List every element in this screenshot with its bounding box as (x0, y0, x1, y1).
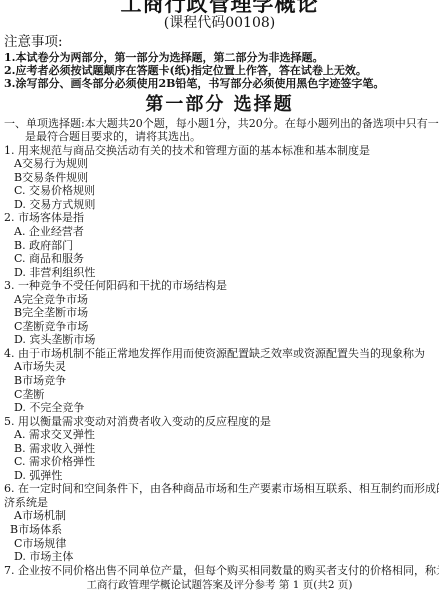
question-stem: 3. 一种竞争不受任何阳码和干扰的市场结构是 (4, 279, 439, 293)
course-code: (课程代码00108) (0, 15, 439, 32)
notice-heading: 注意事项: (4, 34, 439, 50)
question-option: B. 需求收入弹性 (14, 442, 439, 456)
question-option: B市场竞争 (14, 374, 439, 388)
page-title: 工商行政管理学概论 (0, 0, 439, 15)
section-heading: 第一部分 选择题 (0, 94, 439, 115)
question-option: C垄断竞争市场 (14, 320, 439, 334)
notice-list: 1.本试卷分为两部分，第一部分为选择题，第二部分为非选择题。2.应考者必须按试题… (0, 51, 439, 91)
question-option: A市场机制 (14, 509, 439, 523)
question-option: A完全竞争市场 (14, 293, 439, 307)
question-option: C. 商品和服务 (14, 252, 439, 266)
question-option: C垄断 (14, 388, 439, 402)
question-option: A交易行为规则 (14, 157, 439, 171)
page-footer: 工商行政管理学概论试题答案及评分参考 第 1 页(共2 页) (0, 579, 439, 592)
question-stem: 6. 在一定时间和空间条件下，由各种商品市场和生产要素市场相互联系、相互制约而形… (4, 482, 439, 496)
question-option: D. 交易方式规则 (14, 198, 439, 212)
question-stem: 4. 由于市场机制不能正常地发挥作用而使资源配置缺乏效率或资源配置失当的现象称为 (4, 347, 439, 361)
notice-item: 2.应考者必须按试题颠序在答题卡(纸)指定位置上作答，答在试卷上无效。 (4, 64, 439, 77)
question-option: D. 非营利组织性 (14, 266, 439, 280)
question-option: B完全垄断市场 (14, 306, 439, 320)
exam-paper-page: 工商行政管理学概论 (课程代码00108) 注意事项: 1.本试卷分为两部分，第… (0, 0, 439, 595)
question-option: D. 宾头垄断市场 (14, 333, 439, 347)
question-stem: 1. 用来规范与商品交换活动有关的技术和管理方面的基本标准和基本制度是 (4, 144, 439, 158)
section-intro: 一、单项选择题:本大题共20个题，每小题1分，共20分。在每小题列出的备选项中只… (0, 117, 439, 144)
question-option: D. 不完全竞争 (14, 401, 439, 415)
question-option: B市场体系 (10, 523, 439, 537)
question-stem: 7. 企业按不同价格出售不同单位产量，但每个购买相同数量的购买者支付的价格相同，… (4, 564, 439, 578)
question-list: 1. 用来规范与商品交换活动有关的技术和管理方面的基本标准和基本制度是A交易行为… (0, 144, 439, 578)
question-option: A市场失灵 (14, 360, 439, 374)
question-stem: 济系统是 (4, 496, 439, 510)
question-option: A. 企业经营者 (14, 225, 439, 239)
question-option: A. 需求交叉弹性 (14, 428, 439, 442)
question-option: D. 市场主体 (14, 550, 439, 564)
question-option: D. 弧弹性 (14, 469, 439, 483)
notice-item: 1.本试卷分为两部分，第一部分为选择题，第二部分为非选择题。 (4, 51, 439, 64)
question-stem: 5. 用以衡量需求变动对消费者收入变动的反应程度的是 (4, 415, 439, 429)
question-option: C. 交易价格规则 (14, 184, 439, 198)
question-option: C市场规律 (14, 537, 439, 551)
section-intro-line: 是最符合题目要求的，请将其选出。 (25, 130, 439, 144)
section-intro-line: 一、单项选择题:本大题共20个题，每小题1分，共20分。在每小题列出的备选项中只… (4, 117, 439, 131)
question-stem: 2. 市场客体是指 (4, 211, 439, 225)
question-option: B. 政府部门 (14, 239, 439, 253)
notice-item: 3.涂写部分、画冬部分必须使用2B铅笔，书写部分必须使用黑色字迹签字笔。 (4, 77, 439, 90)
question-option: B交易条件规则 (14, 171, 439, 185)
question-option: C. 需求价格弹性 (14, 455, 439, 469)
